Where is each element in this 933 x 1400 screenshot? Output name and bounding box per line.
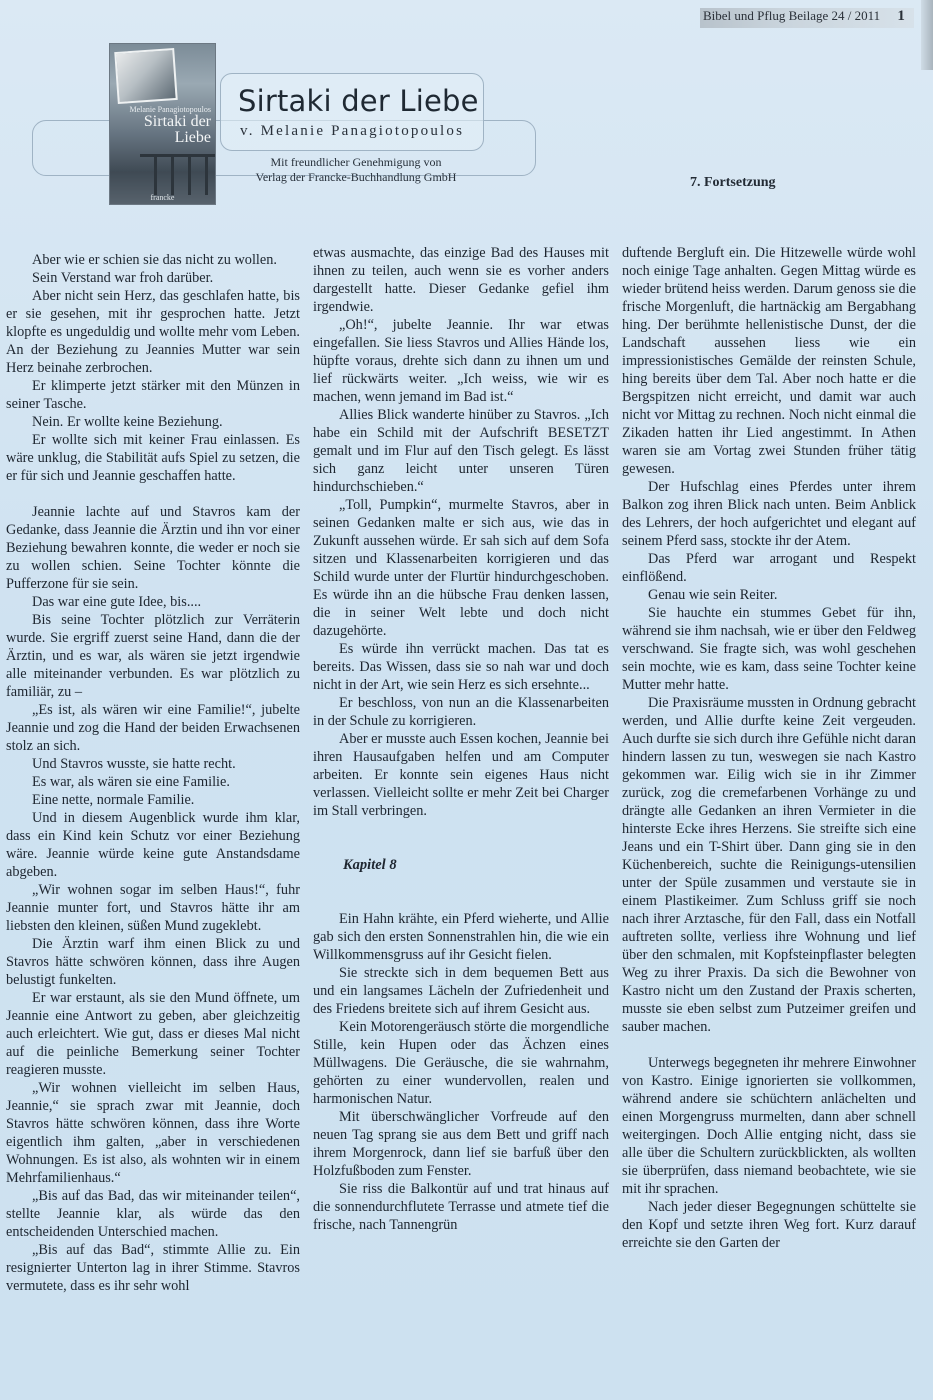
paragraph: Das Pferd war arrogant und Respekt einfl… — [622, 550, 916, 586]
paragraph: Die Praxisräume mussten in Ordnung gebra… — [622, 694, 916, 1036]
section-gap — [622, 1036, 916, 1054]
paragraph: Unterwegs begegneten ihr mehrere Einwohn… — [622, 1054, 916, 1198]
paragraph: Allies Blick wanderte hinüber zu Stavros… — [313, 406, 609, 496]
paragraph: Mit überschwänglicher Vorfreude auf den … — [313, 1108, 609, 1180]
page-edge — [921, 0, 933, 70]
publication-label: Bibel und Pflug Beilage 24 / 2011 — [703, 8, 880, 23]
paragraph: „Wir wohnen sogar im selben Haus!“, fuhr… — [6, 881, 300, 935]
page-number: 1 — [897, 8, 905, 24]
paragraph: Das war eine gute Idee, bis.... — [6, 593, 300, 611]
cover-balcony-rail — [140, 154, 215, 195]
paragraph: Aber nicht sein Herz, das geschlafen hat… — [6, 287, 300, 377]
paragraph: etwas ausmachte, das einzige Bad des Hau… — [313, 244, 609, 316]
permission-line-2: Verlag der Francke-Buchhandlung GmbH — [256, 170, 457, 184]
paragraph: Und Stavros wusste, sie hatte recht. — [6, 755, 300, 773]
section-gap — [313, 820, 609, 856]
paragraph: „Wir wohnen vielleicht im selben Haus, J… — [6, 1079, 300, 1187]
paragraph: Die Ärztin warf ihm einen Blick zu und S… — [6, 935, 300, 989]
paragraph: Und in diesem Augenblick wurde ihm klar,… — [6, 809, 300, 881]
paragraph: Er wollte sich mit keiner Frau einlassen… — [6, 431, 300, 485]
paragraph: Sie hauchte ein stummes Gebet für ihn, w… — [622, 604, 916, 694]
chapter-heading: Kapitel 8 — [313, 856, 609, 874]
paragraph: Sie riss die Balkontür auf und trat hina… — [313, 1180, 609, 1234]
cover-title-line2: Liebe — [175, 129, 211, 146]
paragraph: Er beschloss, von nun an die Klassenarbe… — [313, 694, 609, 730]
story-title: Sirtaki der Liebe — [238, 84, 479, 118]
permission-note: Mit freundlicher Genehmigung von Verlag … — [240, 155, 472, 185]
paragraph: Aber wie er schien sie das nicht zu woll… — [6, 251, 300, 269]
section-gap — [6, 485, 300, 503]
paragraph: Sein Verstand war froh darüber. — [6, 269, 300, 287]
running-head: Bibel und Pflug Beilage 24 / 2011 1 — [703, 8, 905, 25]
section-gap — [313, 874, 609, 910]
paragraph: duftende Bergluft ein. Die Hitzewelle wü… — [622, 244, 916, 478]
paragraph: Genau wie sein Reiter. — [622, 586, 916, 604]
cover-photo — [114, 48, 177, 104]
text-column-1: Aber wie er schien sie das nicht zu woll… — [6, 251, 300, 1295]
cover-title: Sirtaki der Liebe — [110, 114, 211, 146]
cover-publisher: francke — [110, 193, 215, 202]
paragraph: Es war, als wären sie eine Familie. — [6, 773, 300, 791]
installment-label: 7. Fortsetzung — [690, 175, 776, 191]
paragraph: Aber er musste auch Essen kochen, Jeanni… — [313, 730, 609, 820]
text-column-3: duftende Bergluft ein. Die Hitzewelle wü… — [622, 244, 916, 1252]
paragraph: Jeannie lachte auf und Stavros kam der G… — [6, 503, 300, 593]
paragraph: Nach jeder dieser Begegnungen schüttelte… — [622, 1198, 916, 1252]
book-cover-image: Melanie Panagiotopoulos Sirtaki der Lieb… — [109, 43, 216, 205]
paragraph: Kein Motorengeräusch störte die morgendl… — [313, 1018, 609, 1108]
paragraph: Eine nette, normale Familie. — [6, 791, 300, 809]
text-column-2: etwas ausmachte, das einzige Bad des Hau… — [313, 244, 609, 1234]
paragraph: „Bis auf das Bad“, stimmte Allie zu. Ein… — [6, 1241, 300, 1295]
paragraph: Nein. Er wollte keine Beziehung. — [6, 413, 300, 431]
paragraph: „Toll, Pumpkin“, murmelte Stavros, aber … — [313, 496, 609, 640]
paragraph: Es würde ihn verrückt machen. Das tat es… — [313, 640, 609, 694]
paragraph: „Es ist, als wären wir eine Familie!“, j… — [6, 701, 300, 755]
cover-title-line1: Sirtaki der — [144, 113, 211, 130]
paragraph: Sie streckte sich in dem bequemen Bett a… — [313, 964, 609, 1018]
paragraph: Ein Hahn krähte, ein Pferd wieherte, und… — [313, 910, 609, 964]
paragraph: „Bis auf das Bad, das wir miteinander te… — [6, 1187, 300, 1241]
author-byline: v. Melanie Panagiotopoulos — [240, 123, 464, 140]
paragraph: Der Hufschlag eines Pferdes unter ihrem … — [622, 478, 916, 550]
paragraph: Bis seine Tochter plötzlich zur Verräter… — [6, 611, 300, 701]
permission-line-1: Mit freundlicher Genehmigung von — [271, 155, 442, 169]
paragraph: Er war erstaunt, als sie den Mund öffnet… — [6, 989, 300, 1079]
paragraph: „Oh!“, jubelte Jeannie. Ihr war etwas ei… — [313, 316, 609, 406]
paragraph: Er klimperte jetzt stärker mit den Münze… — [6, 377, 300, 413]
